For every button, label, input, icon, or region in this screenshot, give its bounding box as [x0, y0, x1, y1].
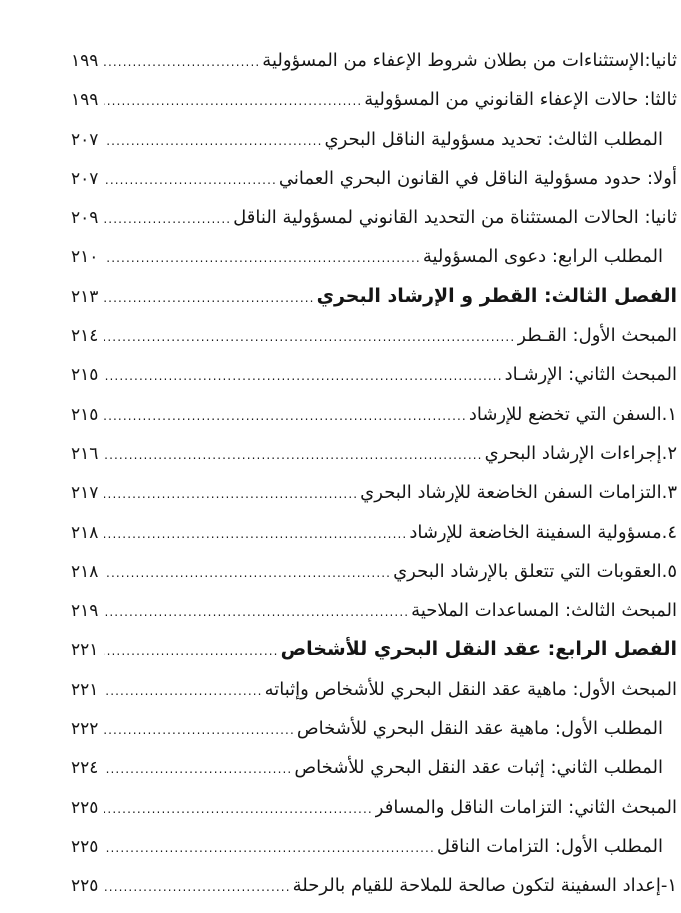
toc-entry-page-number: ٢١٩ [71, 592, 98, 630]
toc-entry: المبحث الأول: ماهية عقد النقل البحري للأ… [71, 670, 677, 709]
toc-entry-page-number: ٢٠٩ [71, 199, 98, 237]
toc-entry: المبحث الثاني: التزامات الناقل والمسافر … [71, 788, 677, 827]
dot-leader [104, 94, 362, 108]
toc-entry-page-number: ٢١٨ [71, 553, 98, 591]
toc-entry: الفصل الرابع: عقد النقل البحري للأشخاص ٢… [71, 630, 677, 669]
toc-entry: أولا: حدود مسؤولية الناقل في القانون الب… [71, 159, 677, 198]
toc-entry-title: أولا: حدود مسؤولية الناقل في القانون الب… [279, 159, 677, 198]
dot-leader [104, 762, 292, 776]
toc-entry: المبحث الأول: القـطر ٢١٤ [71, 316, 677, 355]
toc-entry-page-number: ٢٢٥ [71, 789, 98, 827]
toc-entry-title: ٥.العقوبات التي تتعلق بالإرشاد البحري [393, 552, 677, 591]
toc-entry: الفصل الثالث: القطر و الإرشاد البحري ٢١٣ [71, 277, 677, 316]
toc-entry-title: المبحث الأول: القـطر [517, 316, 677, 355]
dot-leader [104, 173, 277, 187]
dot-leader [104, 605, 409, 619]
toc-entry: ثانيا:الإستثناءات من بطلان شروط الإعفاء … [71, 41, 677, 80]
dot-leader [104, 723, 294, 737]
toc-entry: ١-إعداد السفينة لتكون صالحة للملاحة للقي… [71, 866, 677, 905]
toc-entry-title: ١.السفن التي تخضع للإرشاد [469, 395, 677, 434]
dot-leader [104, 330, 515, 344]
toc-entry-title: المبحث الثاني: التزامات الناقل والمسافر [375, 788, 677, 827]
toc-entry-title: المبحث الثاني: الإرشـاد [505, 355, 677, 394]
toc-entry-title: المطلب الرابع: دعوى المسؤولية [423, 237, 663, 276]
toc-entry-title: المطلب الأول: ماهية عقد النقل البحري للأ… [297, 709, 663, 748]
dot-leader [104, 251, 420, 265]
dot-leader [104, 134, 322, 148]
toc-entry: المطلب الأول: ماهية عقد النقل البحري للأ… [71, 709, 677, 748]
dot-leader [104, 684, 262, 698]
toc-entry-title: المطلب الأول: التزامات الناقل [437, 827, 663, 866]
toc-entry-title: ٢.إجراءات الإرشاد البحري [485, 434, 677, 473]
toc-entry-page-number: ٢١٨ [71, 514, 98, 552]
toc-entry: ٥.العقوبات التي تتعلق بالإرشاد البحري ٢١… [71, 552, 677, 591]
dot-leader [104, 291, 314, 305]
dot-leader [104, 880, 290, 894]
toc-entry-title: الفصل الرابع: عقد النقل البحري للأشخاص [281, 630, 677, 669]
toc-entry-page-number: ٢٢١ [71, 631, 98, 669]
toc-entry-page-number: ٢١٧ [71, 474, 98, 512]
dot-leader [104, 802, 372, 816]
toc-entry-page-number: ١٩٩ [71, 42, 98, 80]
toc-entry: ثانيا: الحالات المستثناة من التحديد القا… [71, 198, 677, 237]
toc-entry-title: ٤.مسؤولية السفينة الخاضعة للإرشاد [409, 513, 677, 552]
dot-leader [104, 55, 260, 69]
toc-entry-page-number: ٢١٤ [71, 317, 98, 355]
dot-leader [104, 448, 482, 462]
toc-entry-title: المطلب الثالث: تحديد مسؤولية الناقل البح… [324, 120, 663, 159]
toc-entry-title: ثانيا:الإستثناءات من بطلان شروط الإعفاء … [262, 41, 677, 80]
toc-page: ثانيا:الإستثناءات من بطلان شروط الإعفاء … [0, 0, 681, 913]
dot-leader [104, 369, 502, 383]
dot-leader [104, 644, 278, 658]
toc-entry: ١.السفن التي تخضع للإرشاد ٢١٥ [71, 395, 677, 434]
toc-entry: المطلب الثاني: إثبات عقد النقل البحري لل… [71, 748, 677, 787]
dot-leader [104, 566, 391, 580]
toc-entry-page-number: ٢٢٤ [71, 749, 98, 787]
toc-entry-title: ١-إعداد السفينة لتكون صالحة للملاحة للقي… [293, 866, 677, 905]
toc-entry-page-number: ٢١٥ [71, 356, 98, 394]
toc-entry-page-number: ٢١٠ [71, 238, 98, 276]
toc-entry-page-number: ٢٢٢ [71, 710, 98, 748]
toc-entry: ثالثا: حالات الإعفاء القانوني من المسؤول… [71, 80, 677, 119]
toc-entry-page-number: ٢٢١ [71, 671, 98, 709]
toc-entry-title: ثانيا: الحالات المستثناة من التحديد القا… [233, 198, 677, 237]
toc-entry: المطلب الرابع: دعوى المسؤولية ٢١٠ [71, 237, 677, 276]
dot-leader [104, 841, 434, 855]
toc-entry-title: الفصل الثالث: القطر و الإرشاد البحري [317, 277, 677, 316]
dot-leader [104, 212, 231, 226]
toc-entry: المبحث الثاني: الإرشـاد ٢١٥ [71, 355, 677, 394]
toc-entry: المطلب الثالث: تحديد مسؤولية الناقل البح… [71, 120, 677, 159]
toc-entry-title: المطلب الثاني: إثبات عقد النقل البحري لل… [294, 748, 663, 787]
toc-entry: ٢.إجراءات الإرشاد البحري ٢١٦ [71, 434, 677, 473]
toc-entry-page-number: ٢١٥ [71, 396, 98, 434]
toc-entry-page-number: ٢٢٥ [71, 867, 98, 905]
dot-leader [104, 527, 407, 541]
toc-entry-page-number: ٢١٦ [71, 435, 98, 473]
toc-entry-title: المبحث الأول: ماهية عقد النقل البحري للأ… [265, 670, 677, 709]
toc-list: ثانيا:الإستثناءات من بطلان شروط الإعفاء … [71, 41, 677, 906]
dot-leader [104, 487, 358, 501]
toc-entry: ٤.مسؤولية السفينة الخاضعة للإرشاد ٢١٨ [71, 513, 677, 552]
toc-entry: المبحث الثالث: المساعدات الملاحية ٢١٩ [71, 591, 677, 630]
toc-entry: ٣.التزامات السفن الخاضعة للإرشاد البحري … [71, 473, 677, 512]
toc-entry-title: ثالثا: حالات الإعفاء القانوني من المسؤول… [364, 80, 677, 119]
toc-entry: المطلب الأول: التزامات الناقل ٢٢٥ [71, 827, 677, 866]
toc-entry-title: ٣.التزامات السفن الخاضعة للإرشاد البحري [360, 473, 677, 512]
toc-entry-page-number: ١٩٩ [71, 81, 98, 119]
dot-leader [104, 409, 466, 423]
toc-entry-page-number: ٢٠٧ [71, 160, 98, 198]
toc-entry-page-number: ٢٢٥ [71, 828, 98, 866]
toc-entry-page-number: ٢١٣ [71, 278, 98, 316]
toc-entry-page-number: ٢٠٧ [71, 121, 98, 159]
toc-entry-title: المبحث الثالث: المساعدات الملاحية [411, 591, 677, 630]
